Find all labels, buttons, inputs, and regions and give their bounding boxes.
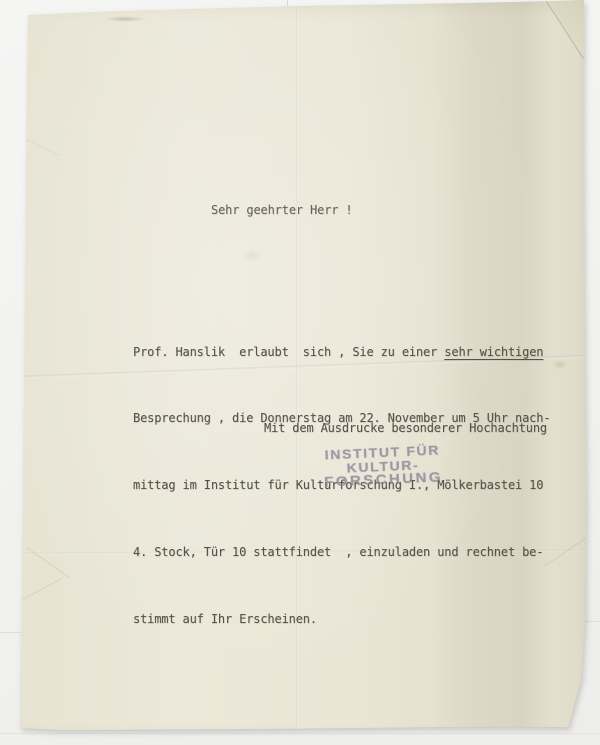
body-line-1: Prof. Hanslik erlaubt sich , Sie zu eine… [133,341,550,363]
body-line-5: stimmt auf Ihr Erscheinen. [133,608,550,630]
letter-closing: Mit dem Ausdrucke besonderer Hochachtung [264,421,547,435]
paper-stain [552,360,568,369]
letter-paper: Sehr geehrter Herr ! Prof. Hanslik erlau… [0,0,600,745]
body-line-1-text: Prof. Hanslik erlaubt sich , Sie zu eine… [133,345,444,359]
paper-stain [104,16,146,22]
photo-backdrop: Sehr geehrter Herr ! Prof. Hanslik erlau… [0,0,600,745]
body-line-4: 4. Stock, Tür 10 stattfindet , einzulade… [133,541,550,563]
paper-stain [242,248,262,262]
body-line-1-underlined-phrase: sehr wichtigen [444,345,543,359]
letter-paper-wrapper: Sehr geehrter Herr ! Prof. Hanslik erlau… [0,0,600,745]
letter-salutation: Sehr geehrter Herr ! [211,203,353,217]
institute-ink-stamp: INSTITUT FÜR KULTUR- FORSCHUNG [301,442,465,490]
